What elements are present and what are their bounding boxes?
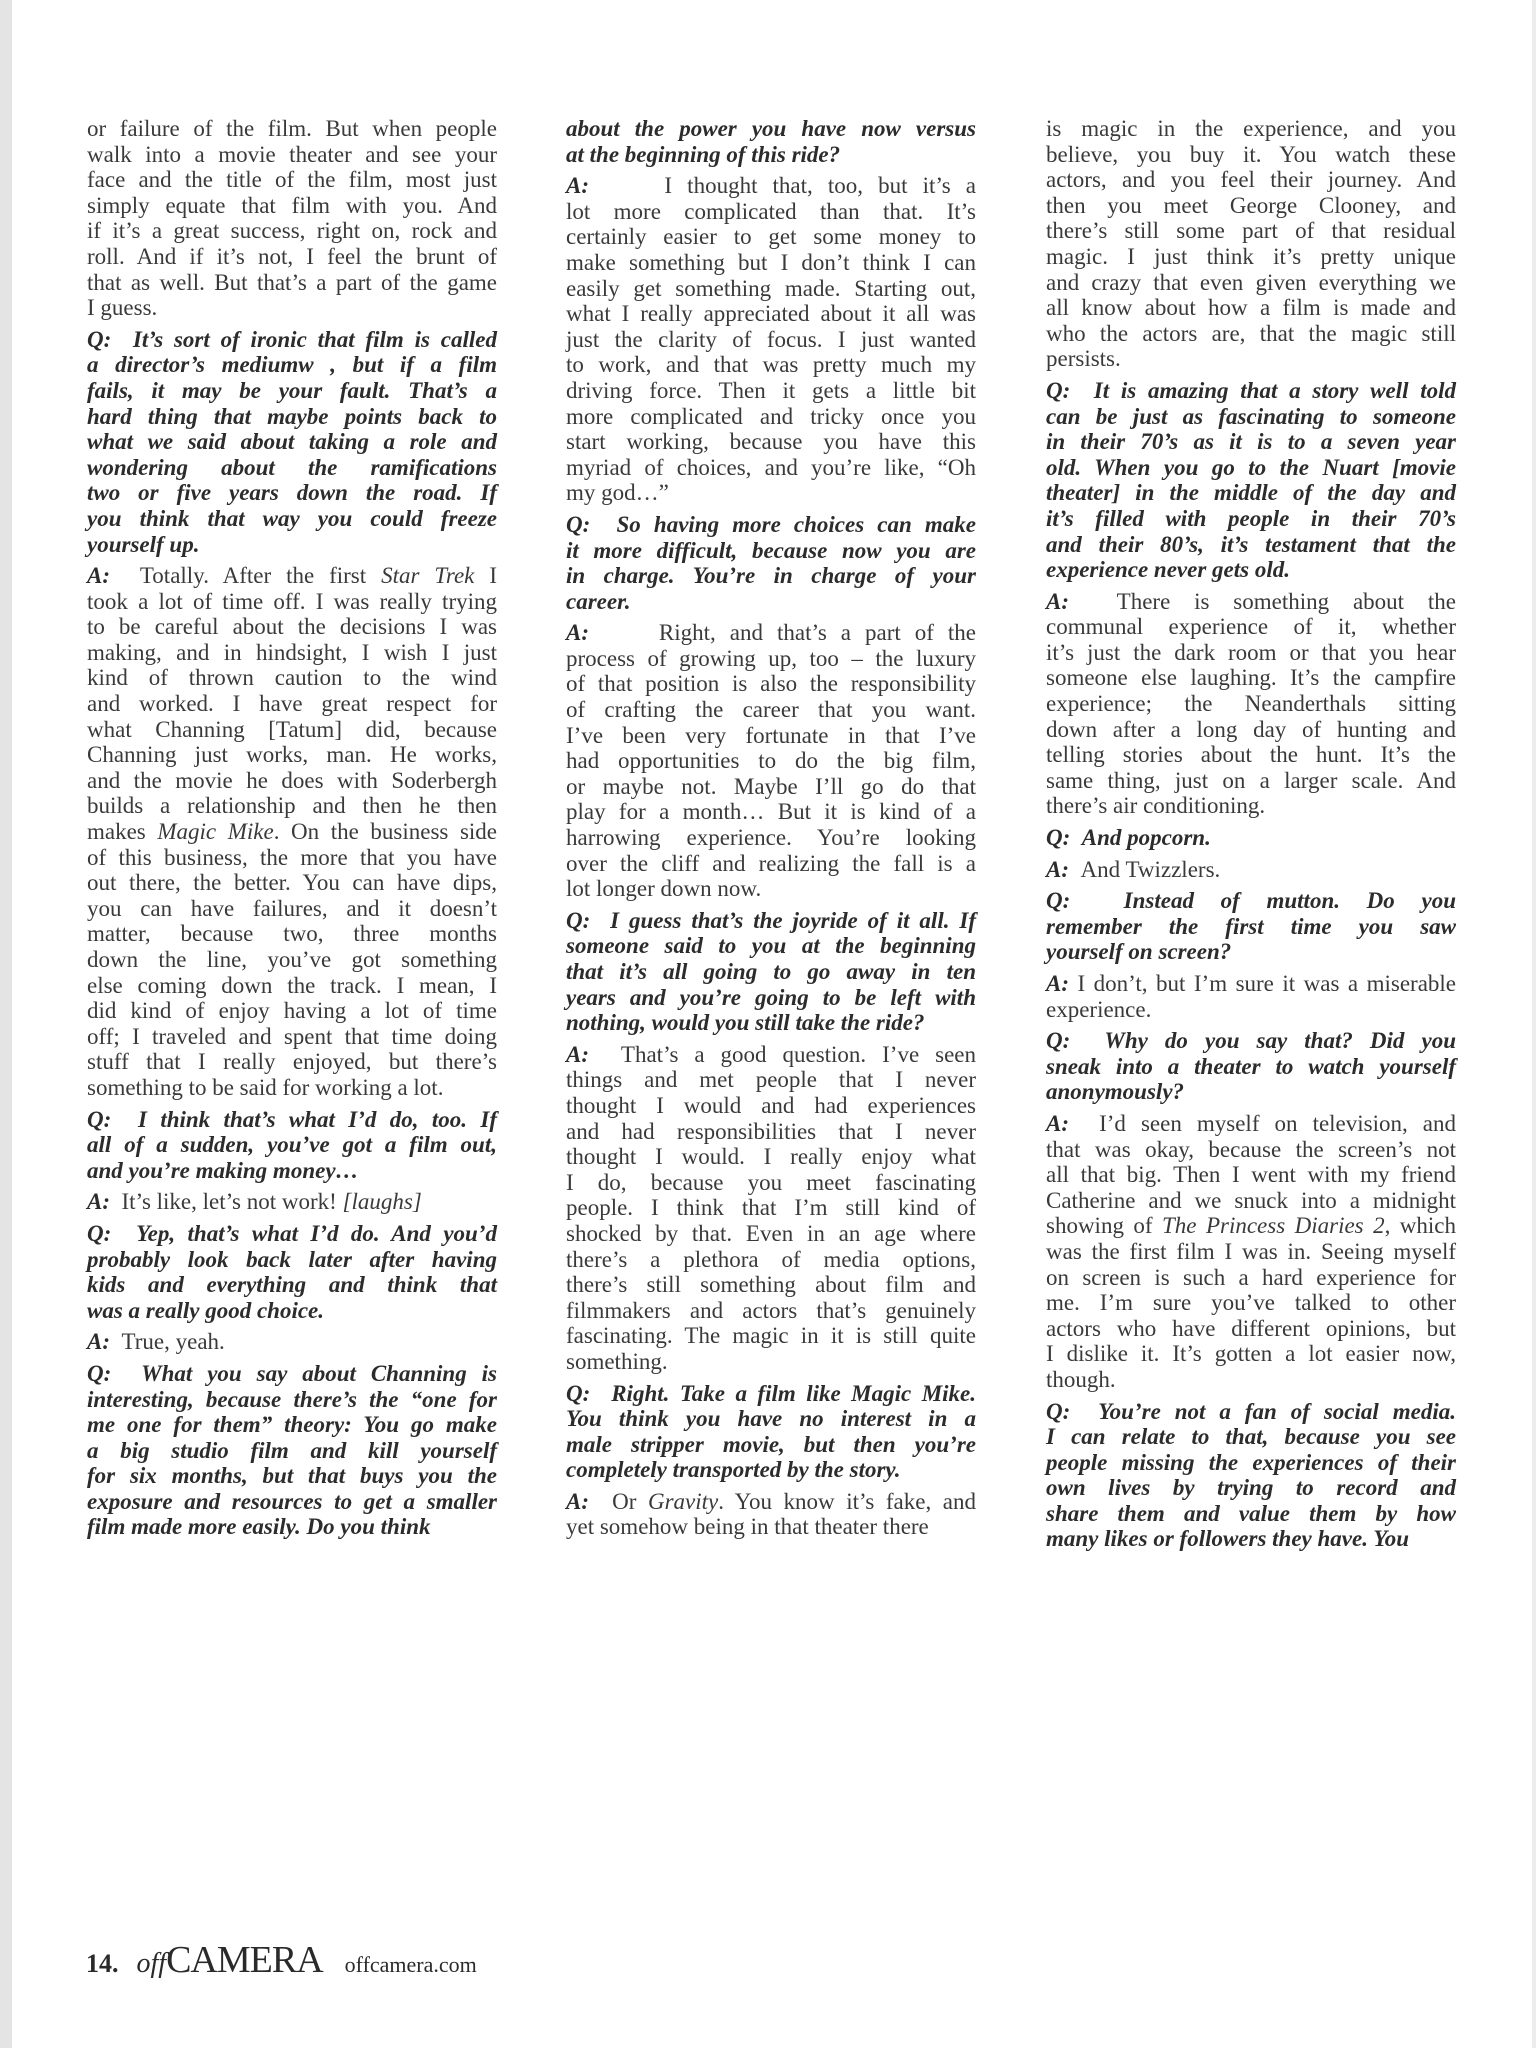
text-line: it more difficult, because now you are bbox=[566, 538, 976, 564]
text-line: anonymously? bbox=[1046, 1079, 1456, 1105]
text-line: Q: I guess that’s the joyride of it all.… bbox=[566, 908, 976, 934]
answer-paragraph: A: I’d seen myself on television, andtha… bbox=[1046, 1111, 1456, 1393]
text-line: A: I thought that, too, but it’s a bbox=[566, 173, 976, 199]
text-line: just the clarity of focus. I just wanted bbox=[566, 327, 976, 353]
text-line: that it’s all going to go away in ten bbox=[566, 959, 976, 985]
question-paragraph: Q: I think that’s what I’d do, too. Ifal… bbox=[87, 1107, 497, 1184]
text-line: who the actors are, that the magic still bbox=[1046, 321, 1456, 347]
text-line: all know about how a film is made and bbox=[1046, 295, 1456, 321]
question-paragraph: Q: Why do you say that? Did yousneak int… bbox=[1046, 1028, 1456, 1105]
text-line: experience; the Neanderthals sitting bbox=[1046, 691, 1456, 717]
text-line: harrowing experience. You’re looking bbox=[566, 825, 976, 851]
text-line: builds a relationship and then he then bbox=[87, 793, 497, 819]
text-line: process of growing up, too – the luxury bbox=[566, 646, 976, 672]
italic-title: Magic Mike bbox=[157, 819, 273, 844]
text-line: interesting, because there’s the “one fo… bbox=[87, 1387, 497, 1413]
text-line: film made more easily. Do you think bbox=[87, 1514, 497, 1540]
text-line: I’ve been very fortunate in that I’ve bbox=[566, 723, 976, 749]
text-line: all of a sudden, you’ve got a film out, bbox=[87, 1132, 497, 1158]
answer-paragraph: A: Right, and that’s a part of theproces… bbox=[566, 620, 976, 902]
text-column-1: or failure of the film. But when peoplew… bbox=[87, 116, 497, 1540]
text-line: of that position is also the responsibil… bbox=[566, 671, 976, 697]
text-line: A: True, yeah. bbox=[87, 1329, 497, 1355]
text-line: face and the title of the film, most jus… bbox=[87, 167, 497, 193]
answer-paragraph: A: It’s like, let’s not work! [laughs] bbox=[87, 1189, 497, 1215]
text-line: in charge. You’re in charge of your bbox=[566, 563, 976, 589]
text-line: in their 70’s as it is to a seven year bbox=[1046, 429, 1456, 455]
text-line: Q: Yep, that’s what I’d do. And you’d bbox=[87, 1221, 497, 1247]
text-line: start working, because you have this bbox=[566, 429, 976, 455]
text-line: a director’s mediumw , but if a film bbox=[87, 352, 497, 378]
text-line: and the movie he does with Soderbergh bbox=[87, 768, 497, 794]
text-column-2: about the power you have now versusat th… bbox=[566, 116, 976, 1540]
answer-paragraph: A: And Twizzlers. bbox=[1046, 857, 1456, 883]
text-line: someone said to you at the beginning bbox=[566, 933, 976, 959]
text-line: easily get something made. Starting out, bbox=[566, 276, 976, 302]
text-line: actors who have different opinions, but bbox=[1046, 1316, 1456, 1342]
answer-label: A: bbox=[566, 1489, 589, 1514]
text-line: career. bbox=[566, 589, 976, 615]
text-line: Q: Instead of mutton. Do you bbox=[1046, 888, 1456, 914]
text-line: Q: I think that’s what I’d do, too. If bbox=[87, 1107, 497, 1133]
text-line: years and you’re going to be left with bbox=[566, 985, 976, 1011]
text-line: and you’re making money… bbox=[87, 1158, 497, 1184]
text-line: shocked by that. Even in an age where bbox=[566, 1221, 976, 1247]
question-paragraph: Q: Yep, that’s what I’d do. And you’dpro… bbox=[87, 1221, 497, 1323]
text-line: to work, and that was pretty much my bbox=[566, 352, 976, 378]
text-line: A: There is something about the bbox=[1046, 589, 1456, 615]
question-paragraph: Q: Instead of mutton. Do youremember the… bbox=[1046, 888, 1456, 965]
text-line: was a really good choice. bbox=[87, 1298, 497, 1324]
answer-paragraph: A: I don’t, but I’m sure it was a misera… bbox=[1046, 971, 1456, 1022]
text-line: what Channing [Tatum] did, because bbox=[87, 717, 497, 743]
text-line: if it’s a great success, right on, rock … bbox=[87, 218, 497, 244]
text-line: nothing, would you still take the ride? bbox=[566, 1010, 976, 1036]
text-line: old. When you go to the Nuart [movie bbox=[1046, 455, 1456, 481]
text-line: fascinating. The magic in it is still qu… bbox=[566, 1323, 976, 1349]
text-line: simply equate that film with you. And bbox=[87, 193, 497, 219]
text-line: that was okay, because the screen’s not bbox=[1046, 1137, 1456, 1163]
text-line: Channing just works, man. He works, bbox=[87, 742, 497, 768]
answer-paragraph: A: Or Gravity. You know it’s fake, andye… bbox=[566, 1489, 976, 1540]
text-line: yourself on screen? bbox=[1046, 939, 1456, 965]
text-line: had opportunities to do the big film, bbox=[566, 748, 976, 774]
text-line: kind of thrown caution to the wind bbox=[87, 665, 497, 691]
text-line: all that big. Then I went with my friend bbox=[1046, 1162, 1456, 1188]
text-line: was the first film I was in. Seeing myse… bbox=[1046, 1239, 1456, 1265]
text-line: Q: Why do you say that? Did you bbox=[1046, 1028, 1456, 1054]
text-line: is magic in the experience, and you bbox=[1046, 116, 1456, 142]
question-paragraph: Q: And popcorn. bbox=[1046, 825, 1456, 851]
text-line: A: I don’t, but I’m sure it was a misera… bbox=[1046, 971, 1456, 997]
text-line: filmmakers and actors that’s genuinely bbox=[566, 1298, 976, 1324]
text-line: what I really appreciated about it all w… bbox=[566, 301, 976, 327]
text-line: or maybe not. Maybe I’ll go do that bbox=[566, 774, 976, 800]
text-line: sneak into a theater to watch yourself bbox=[1046, 1054, 1456, 1080]
text-column-3: is magic in the experience, and youbelie… bbox=[1046, 116, 1456, 1552]
text-line: Q: You’re not a fan of social media. bbox=[1046, 1399, 1456, 1425]
text-line: it’s filled with people in their 70’s bbox=[1046, 506, 1456, 532]
text-line: or failure of the film. But when people bbox=[87, 116, 497, 142]
text-line: theater] in the middle of the day and bbox=[1046, 480, 1456, 506]
text-line: Q: It is amazing that a story well told bbox=[1046, 378, 1456, 404]
text-line: play for a month… But it is kind of a bbox=[566, 799, 976, 825]
text-line: can be just as fascinating to someone bbox=[1046, 404, 1456, 430]
text-line: something to be said for working a lot. bbox=[87, 1075, 497, 1101]
question-paragraph: Q: It’s sort of ironic that film is call… bbox=[87, 327, 497, 557]
text-line: A: That’s a good question. I’ve seen bbox=[566, 1042, 976, 1068]
text-line: Q: So having more choices can make bbox=[566, 512, 976, 538]
answer-label: A: bbox=[1046, 589, 1069, 614]
answer-paragraph: A: There is something about thecommunal … bbox=[1046, 589, 1456, 819]
text-line: fails, it may be your fault. That’s a bbox=[87, 378, 497, 404]
text-line: about the power you have now versus bbox=[566, 116, 976, 142]
text-line: magic. I just think it’s pretty unique bbox=[1046, 244, 1456, 270]
text-line: else coming down the track. I mean, I bbox=[87, 973, 497, 999]
text-line: kids and everything and think that bbox=[87, 1272, 497, 1298]
text-line: actors, and you feel their journey. And bbox=[1046, 167, 1456, 193]
text-line: there’s still something about film and bbox=[566, 1272, 976, 1298]
text-line: people missing the experiences of their bbox=[1046, 1450, 1456, 1476]
page-footer: 14. off CAMERA offcamera.com bbox=[86, 1938, 477, 1988]
text-line: completely transported by the story. bbox=[566, 1457, 976, 1483]
text-line: and their 80’s, it’s testament that the bbox=[1046, 532, 1456, 558]
text-line: yet somehow being in that theater there bbox=[566, 1514, 976, 1540]
text-line: Q: It’s sort of ironic that film is call… bbox=[87, 327, 497, 353]
text-line: of this business, the more that you have bbox=[87, 845, 497, 871]
text-line: you think that way you could freeze bbox=[87, 506, 497, 532]
text-line: what we said about taking a role and bbox=[87, 429, 497, 455]
text-line: to be careful about the decisions I was bbox=[87, 614, 497, 640]
text-line: matter, because two, three months bbox=[87, 921, 497, 947]
text-line: probably look back later after having bbox=[87, 1247, 497, 1273]
italic-title: Gravity bbox=[648, 1489, 718, 1514]
text-line: and had responsibilities that I never bbox=[566, 1119, 976, 1145]
text-line: took a lot of time off. I was really try… bbox=[87, 589, 497, 615]
answer-label: A: bbox=[566, 1042, 589, 1067]
answer-label: A: bbox=[87, 563, 110, 588]
text-line: hard thing that maybe points back to bbox=[87, 404, 497, 430]
text-line: stuff that I really enjoyed, but there’s bbox=[87, 1049, 497, 1075]
text-line: you can have failures, and it doesn’t bbox=[87, 896, 497, 922]
text-line: at the beginning of this ride? bbox=[566, 142, 976, 168]
text-line: and crazy that even given everything we bbox=[1046, 270, 1456, 296]
text-line: someone else laughing. It’s the campfire bbox=[1046, 665, 1456, 691]
text-line: myriad of choices, and you’re like, “Oh bbox=[566, 455, 976, 481]
text-line: for six months, but that buys you the bbox=[87, 1463, 497, 1489]
text-line: of crafting the career that you want. bbox=[566, 697, 976, 723]
text-line: people. I think that I’m still kind of bbox=[566, 1195, 976, 1221]
text-line: lot longer down now. bbox=[566, 876, 976, 902]
text-line: Q: And popcorn. bbox=[1046, 825, 1456, 851]
text-line: it’s just the dark room or that you hear bbox=[1046, 640, 1456, 666]
answer-paragraph: or failure of the film. But when peoplew… bbox=[87, 116, 497, 321]
text-line: I do, because you meet fascinating bbox=[566, 1170, 976, 1196]
text-line: A: Right, and that’s a part of the bbox=[566, 620, 976, 646]
text-line: makes Magic Mike. On the business side bbox=[87, 819, 497, 845]
text-line: a big studio film and kill yourself bbox=[87, 1438, 497, 1464]
text-line: persists. bbox=[1046, 346, 1456, 372]
text-line: thought I would and had experiences bbox=[566, 1093, 976, 1119]
italic-title: The Princess Diaries 2 bbox=[1162, 1213, 1385, 1238]
text-line: showing of The Princess Diaries 2, which bbox=[1046, 1213, 1456, 1239]
text-line: communal experience of it, whether bbox=[1046, 614, 1456, 640]
question-paragraph: about the power you have now versusat th… bbox=[566, 116, 976, 167]
answer-label: A: bbox=[566, 173, 589, 198]
question-paragraph: Q: Right. Take a film like Magic Mike.Yo… bbox=[566, 1381, 976, 1483]
text-line: things and met people that I never bbox=[566, 1067, 976, 1093]
page-number: 14. bbox=[86, 1949, 119, 1979]
text-line: then you meet George Clooney, and bbox=[1046, 193, 1456, 219]
text-line: there’s still some part of that residual bbox=[1046, 218, 1456, 244]
text-line: make something but I don’t think I can bbox=[566, 250, 976, 276]
text-line: believe, you buy it. You watch these bbox=[1046, 142, 1456, 168]
question-paragraph: Q: So having more choices can makeit mor… bbox=[566, 512, 976, 614]
answer-paragraph: A: Totally. After the first Star Trek It… bbox=[87, 563, 497, 1100]
text-line: though. bbox=[1046, 1367, 1456, 1393]
text-line: wondering about the ramifications bbox=[87, 455, 497, 481]
text-line: own lives by trying to record and bbox=[1046, 1475, 1456, 1501]
text-line: there’s a plethora of media options, bbox=[566, 1247, 976, 1273]
text-line: lot more complicated than that. It’s bbox=[566, 199, 976, 225]
answer-label: A: bbox=[87, 1329, 110, 1354]
text-line: male stripper movie, but then you’re bbox=[566, 1432, 976, 1458]
question-paragraph: Q: What you say about Channing isinteres… bbox=[87, 1361, 497, 1540]
brand-logo-prefix: off bbox=[137, 1948, 167, 1980]
text-line: there’s air conditioning. bbox=[1046, 793, 1456, 819]
text-line: experience never gets old. bbox=[1046, 557, 1456, 583]
text-line: more complicated and tricky once you bbox=[566, 404, 976, 430]
text-line: my god…” bbox=[566, 480, 976, 506]
text-line: and worked. I have great respect for bbox=[87, 691, 497, 717]
question-paragraph: Q: I guess that’s the joyride of it all.… bbox=[566, 908, 976, 1036]
answer-paragraph: is magic in the experience, and youbelie… bbox=[1046, 116, 1456, 372]
text-line: many likes or followers they have. You bbox=[1046, 1526, 1456, 1552]
answer-label: A: bbox=[87, 1189, 110, 1214]
text-line: two or five years down the road. If bbox=[87, 480, 497, 506]
text-line: A: Or Gravity. You know it’s fake, and bbox=[566, 1489, 976, 1515]
answer-paragraph: A: I thought that, too, but it’s alot mo… bbox=[566, 173, 976, 506]
text-line: roll. And if it’s not, I feel the brunt … bbox=[87, 244, 497, 270]
text-line: Q: What you say about Channing is bbox=[87, 1361, 497, 1387]
text-line: me one for them” theory: You go make bbox=[87, 1412, 497, 1438]
text-line: on screen is such a hard experience for bbox=[1046, 1265, 1456, 1291]
text-line: something. bbox=[566, 1349, 976, 1375]
text-line: that as well. But that’s a part of the g… bbox=[87, 270, 497, 296]
answer-label: A: bbox=[1046, 1111, 1069, 1136]
brand-logo-name: CAMERA bbox=[166, 1938, 323, 1982]
answer-label: A: bbox=[566, 620, 589, 645]
text-line: I guess. bbox=[87, 295, 497, 321]
text-line: A: And Twizzlers. bbox=[1046, 857, 1456, 883]
text-line: off; I traveled and spent that time doin… bbox=[87, 1024, 497, 1050]
text-line: A: Totally. After the first Star Trek I bbox=[87, 563, 497, 589]
text-line: telling stories about the hunt. It’s the bbox=[1046, 742, 1456, 768]
text-line: certainly easier to get some money to bbox=[566, 224, 976, 250]
answer-label: A: bbox=[1046, 971, 1069, 996]
text-line: over the cliff and realizing the fall is… bbox=[566, 851, 976, 877]
text-line: experience. bbox=[1046, 997, 1456, 1023]
answer-label: A: bbox=[1046, 857, 1069, 882]
italic-title: [laughs] bbox=[343, 1189, 422, 1214]
text-line: down the line, you’ve got something bbox=[87, 947, 497, 973]
answer-paragraph: A: That’s a good question. I’ve seenthin… bbox=[566, 1042, 976, 1375]
italic-title: Star Trek bbox=[381, 563, 474, 588]
text-line: walk into a movie theater and see your bbox=[87, 142, 497, 168]
text-line: Q: Right. Take a film like Magic Mike. bbox=[566, 1381, 976, 1407]
text-line: Catherine and we snuck into a midnight bbox=[1046, 1188, 1456, 1214]
answer-paragraph: A: True, yeah. bbox=[87, 1329, 497, 1355]
text-line: yourself up. bbox=[87, 532, 497, 558]
text-line: down after a long day of hunting and bbox=[1046, 717, 1456, 743]
text-line: remember the first time you saw bbox=[1046, 914, 1456, 940]
page-edge-right bbox=[1532, 0, 1536, 2048]
text-line: me. I’m sure you’ve talked to other bbox=[1046, 1290, 1456, 1316]
page-edge-left bbox=[0, 0, 12, 2048]
question-paragraph: Q: You’re not a fan of social media.I ca… bbox=[1046, 1399, 1456, 1553]
text-line: share them and value them by how bbox=[1046, 1501, 1456, 1527]
text-line: exposure and resources to get a smaller bbox=[87, 1489, 497, 1515]
text-line: did kind of enjoy having a lot of time bbox=[87, 998, 497, 1024]
question-paragraph: Q: It is amazing that a story well toldc… bbox=[1046, 378, 1456, 583]
text-line: same thing, just on a larger scale. And bbox=[1046, 768, 1456, 794]
text-line: driving force. Then it gets a little bit bbox=[566, 378, 976, 404]
text-line: A: It’s like, let’s not work! [laughs] bbox=[87, 1189, 497, 1215]
text-line: thought I would. I really enjoy what bbox=[566, 1144, 976, 1170]
text-line: You think you have no interest in a bbox=[566, 1406, 976, 1432]
text-line: A: I’d seen myself on television, and bbox=[1046, 1111, 1456, 1137]
text-line: I dislike it. It’s gotten a lot easier n… bbox=[1046, 1341, 1456, 1367]
website-link[interactable]: offcamera.com bbox=[345, 1952, 477, 1978]
text-line: making, and in hindsight, I wish I just bbox=[87, 640, 497, 666]
text-line: out there, the better. You can have dips… bbox=[87, 870, 497, 896]
text-line: I can relate to that, because you see bbox=[1046, 1424, 1456, 1450]
